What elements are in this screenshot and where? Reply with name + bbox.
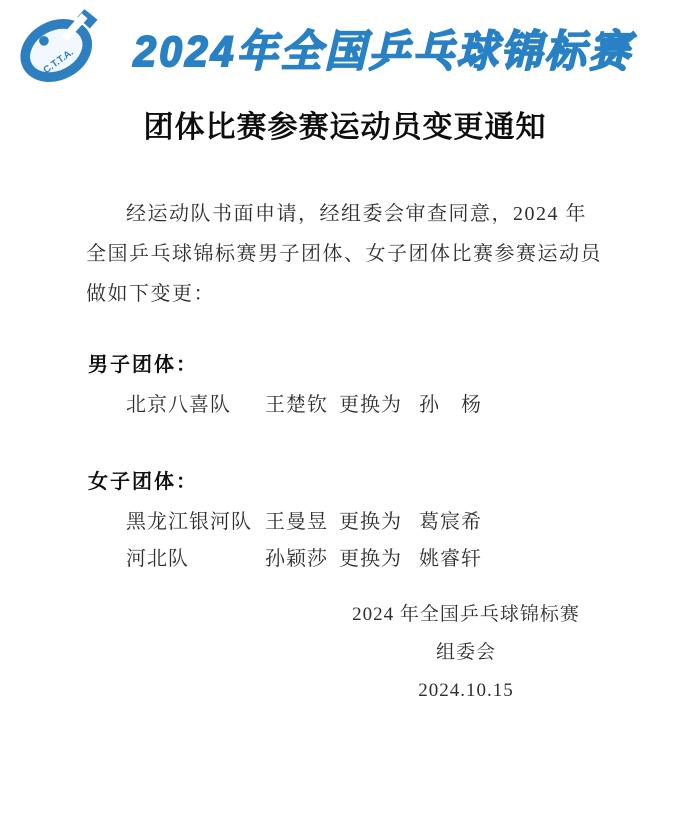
ctta-logo-icon: C.T.T.A. <box>14 6 102 88</box>
action-label: 更换为 <box>339 391 419 419</box>
change-row: 河北队 孙颖莎 更换为 姚睿轩 <box>126 545 690 573</box>
section-men: 男子团体： 北京八喜队 王楚钦 更换为 孙 杨 <box>0 348 690 419</box>
team-name: 黑龙江银河队 <box>126 508 265 536</box>
signature-org-line: 2024 年全国乒乓球锦标赛 <box>306 602 626 628</box>
change-row: 黑龙江银河队 王曼昱 更换为 葛宸希 <box>126 508 690 536</box>
player-name: 孙颖莎 <box>265 545 339 573</box>
player-name: 王楚钦 <box>265 391 339 419</box>
action-label: 更换为 <box>339 508 419 536</box>
section-women: 女子团体： 黑龙江银河队 王曼昱 更换为 葛宸希 河北队 孙颖莎 更换为 姚睿轩 <box>0 465 690 573</box>
document-title: 团体比赛参赛运动员变更通知 <box>0 102 690 146</box>
player-name: 王曼昱 <box>265 508 339 536</box>
banner-title: 2024年全国乒乓球锦标赛 <box>102 16 664 78</box>
change-row: 北京八喜队 王楚钦 更换为 孙 杨 <box>126 391 690 419</box>
action-label: 更换为 <box>339 545 419 573</box>
section-heading-men: 男子团体： <box>88 348 690 377</box>
replacement-name: 葛宸希 <box>419 508 482 536</box>
signature-block: 2024 年全国乒乓球锦标赛 组委会 2024.10.15 <box>306 602 626 704</box>
section-heading-women: 女子团体： <box>88 465 690 494</box>
signature-committee-line: 组委会 <box>306 640 626 666</box>
signature-date: 2024.10.15 <box>306 678 626 704</box>
notice-page: C.T.T.A. 2024年全国乒乓球锦标赛 团体比赛参赛运动员变更通知 经运动… <box>0 0 690 816</box>
replacement-name: 姚睿轩 <box>419 545 482 573</box>
team-name: 河北队 <box>126 545 265 573</box>
banner: C.T.T.A. 2024年全国乒乓球锦标赛 <box>0 0 690 88</box>
intro-paragraph: 经运动队书面申请，经组委会审查同意，2024 年全国乒乓球锦标赛男子团体、女子团… <box>86 194 606 314</box>
team-name: 北京八喜队 <box>126 391 265 419</box>
ball-dot-icon <box>39 36 49 46</box>
replacement-name: 孙 杨 <box>419 391 482 419</box>
